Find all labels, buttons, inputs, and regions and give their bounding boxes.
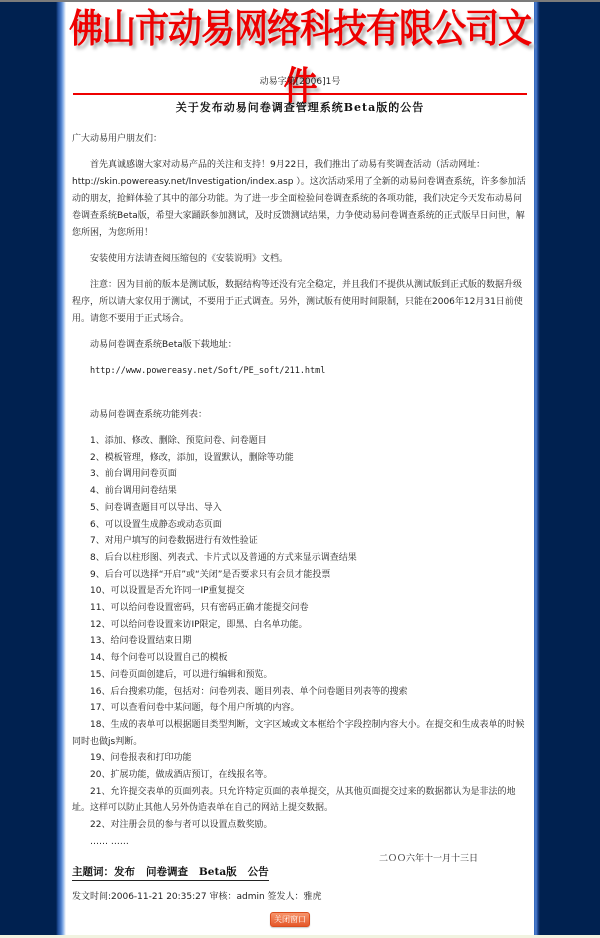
feature-item: 1、添加、修改、删除、预览问卷、问卷题目 bbox=[72, 433, 528, 450]
feature-list-heading: 动易问卷调查系统功能列表： bbox=[72, 407, 528, 424]
paragraph-download-label: 动易问卷调查系统Beta版下载地址： bbox=[72, 337, 528, 354]
feature-item: 18、生成的表单可以根据题目类型判断，文字区域或文本框给个字段控制内容大小。在提… bbox=[72, 717, 528, 750]
feature-item: 10、可以设置是否允许同一IP重复提交 bbox=[72, 583, 528, 600]
publish-meta: 发文时间:2006-11-21 20:35:27 审核：admin 签发人：雅虎 bbox=[72, 889, 322, 902]
right-side-panel bbox=[534, 2, 600, 935]
feature-item: 21、允许提交表单的页面列表。只允许特定页面的表单提交，从其他页面提交过来的数据… bbox=[72, 784, 528, 817]
salutation: 广大动易用户朋友们： bbox=[72, 131, 528, 148]
document-page: 佛山市动易网络科技有限公司文件 动易字第[2006]1号 关于发布动易问卷调查管… bbox=[66, 2, 534, 935]
paragraph-intro: 首先真诚感谢大家对动易产品的关注和支持！9月22日，我们推出了动易有奖调查活动（… bbox=[72, 157, 528, 242]
download-link[interactable]: http://www.powereasy.net/Soft/PE_soft/21… bbox=[72, 363, 528, 380]
feature-item: 15、问卷页面创建后，可以进行编辑和预览。 bbox=[72, 667, 528, 684]
feature-item: 13、给问卷设置结束日期 bbox=[72, 633, 528, 650]
feature-item: 19、问卷报表和打印功能 bbox=[72, 750, 528, 767]
close-window-button[interactable]: 关闭窗口 bbox=[270, 912, 310, 927]
feature-item: 16、后台搜索功能，包括对：问卷列表、题目列表、单个问卷题目列表等的搜索 bbox=[72, 684, 528, 701]
feature-item: 12、可以给问卷设置来访IP限定，即黑、白名单功能。 bbox=[72, 617, 528, 634]
feature-item: 3、前台调用问卷页面 bbox=[72, 466, 528, 483]
feature-list: 1、添加、修改、删除、预览问卷、问卷题目 2、模板管理，修改，添加，设置默认，删… bbox=[72, 433, 528, 851]
feature-item: 17、可以查看问卷中某问题，每个用户所填的内容。 bbox=[72, 700, 528, 717]
document-number: 动易字第[2006]1号 bbox=[66, 74, 534, 87]
feature-item: 14、每个问卷可以设置自己的模板 bbox=[72, 650, 528, 667]
ellipsis: …… …… bbox=[72, 834, 528, 851]
left-side-panel bbox=[0, 2, 66, 935]
feature-item: 20、扩展功能，做成酒店预订，在线报名等。 bbox=[72, 767, 528, 784]
paragraph-install: 安装使用方法请查阅压缩包的《安装说明》文档。 bbox=[72, 251, 528, 268]
red-divider bbox=[73, 93, 527, 95]
feature-item: 4、前台调用问卷结果 bbox=[72, 483, 528, 500]
feature-item: 8、后台以柱形图、列表式、卡片式以及普通的方式来显示调查结果 bbox=[72, 550, 528, 567]
feature-item: 2、模板管理，修改，添加，设置默认，删除等功能 bbox=[72, 450, 528, 467]
subject-keywords: 主题词：发布 问卷调查 Beta版 公告 bbox=[72, 864, 269, 881]
feature-item: 5、问卷调查题目可以导出、导入 bbox=[72, 500, 528, 517]
feature-item: 7、对用户填写的问卷数据进行有效性验证 bbox=[72, 533, 528, 550]
document-title: 关于发布动易问卷调查管理系统Beta版的公告 bbox=[66, 99, 534, 115]
feature-item: 11、可以给问卷设置密码，只有密码正确才能提交问卷 bbox=[72, 600, 528, 617]
paragraph-notice: 注意：因为目前的版本是测试版，数据结构等还没有完全稳定，并且我们不提供从测试版到… bbox=[72, 277, 528, 328]
feature-item: 6、可以设置生成静态或动态页面 bbox=[72, 517, 528, 534]
document-body: 广大动易用户朋友们： 首先真诚感谢大家对动易产品的关注和支持！9月22日，我们推… bbox=[72, 131, 528, 868]
feature-item: 9、后台可以选择“开启”或“关闭”是否要求只有会员才能投票 bbox=[72, 567, 528, 584]
feature-item: 22、对注册会员的参与者可以设置点数奖励。 bbox=[72, 817, 528, 834]
